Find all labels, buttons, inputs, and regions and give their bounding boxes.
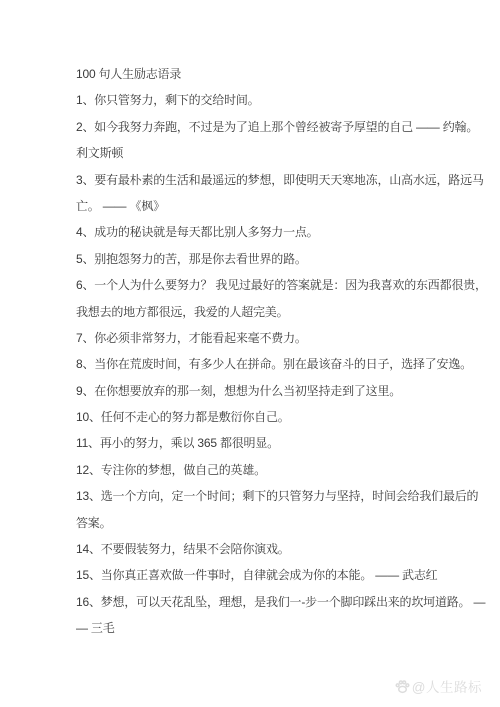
text-line: — 三毛	[76, 615, 466, 641]
text-line: 1、你只管努力，剩下的交给时间。	[76, 87, 466, 113]
text-line: 5、别抱怨努力的苦，那是你去看世界的路。	[76, 246, 466, 272]
text-line: 12、专注你的梦想，做自己的英雄。	[76, 457, 466, 483]
text-line: 利文斯顿	[76, 140, 466, 166]
text-line: 16、梦想，可以天花乱坠，理想，是我们一-步一个脚印踩出来的坎坷道路。 —	[76, 589, 466, 615]
text-line: 我想去的地方都很远，我爱的人超完美。	[76, 299, 466, 325]
text-line: 亡。 —— 《枫》	[76, 193, 466, 219]
text-line: 6、一个人为什么要努力？ 我见过最好的答案就是：因为我喜欢的东西都很贵，	[76, 272, 466, 298]
paw-icon	[395, 679, 410, 694]
text-line: 11、再小的努力，乘以 365 都很明显。	[76, 430, 466, 456]
text-line: 4、成功的秘诀就是每天都比别人多努力一点。	[76, 219, 466, 245]
text-line: 答案。	[76, 510, 466, 536]
watermark-text: @人生路标	[412, 676, 482, 696]
document-title: 100 句人生励志语录	[76, 61, 466, 87]
text-line: 15、当你真正喜欢做一件事时，自律就会成为你的本能。 —— 武志红	[76, 562, 466, 588]
text-line: 14、不要假装努力，结果不会陪你演戏。	[76, 536, 466, 562]
text-line: 2、如今我努力奔跑，不过是为了追上那个曾经被寄予厚望的自己 —— 约翰。	[76, 114, 466, 140]
text-line: 9、在你想要放弃的那一刻，想想为什么当初坚持走到了这里。	[76, 378, 466, 404]
text-line: 3、要有最朴素的生活和最遥远的梦想，即使明天天寒地冻，山高水远，路远马	[76, 167, 466, 193]
quote-document: 100 句人生励志语录 1、你只管努力，剩下的交给时间。 2、如今我努力奔跑，不…	[76, 61, 466, 642]
text-line: 8、当你在荒废时间，有多少人在拼命。别在最该奋斗的日子，选择了安逸。	[76, 351, 466, 377]
watermark: @人生路标	[395, 676, 482, 696]
text-line: 7、你必须非常努力，才能看起来毫不费力。	[76, 325, 466, 351]
text-line: 10、任何不走心的努力都是敷衍你自己。	[76, 404, 466, 430]
text-line: 13、选一个方向，定一个时间；剩下的只管努力与坚持，时间会给我们最后的	[76, 483, 466, 509]
